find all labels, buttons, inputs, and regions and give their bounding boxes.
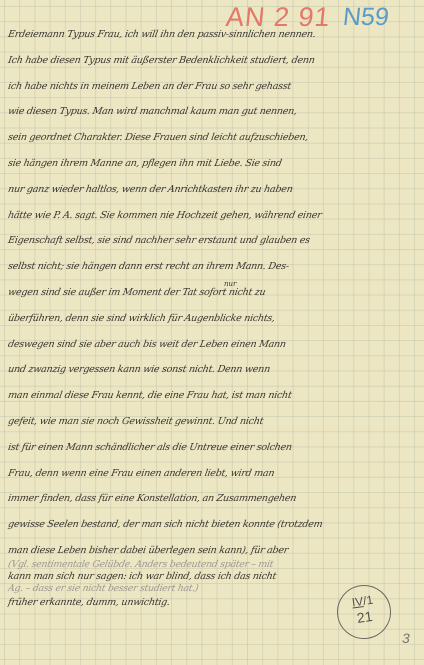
text-line: hätte wie P. A. sagt. Sie kommen nie Hoc… [6,203,423,229]
text-line: wegen sind sie außer im Moment der Tat s… [6,280,423,306]
stamp-fraction: /1 [362,593,374,608]
text-line: selbst nicht; sie hängen dann erst recht… [6,254,423,280]
text-line: sein geordnet Charakter. Diese Frauen si… [6,125,423,151]
text-line: überführen, denn sie sind wirklich für A… [6,306,423,332]
text-line: deswegen sind sie aber auch bis weit der… [6,332,423,358]
text-line: Ich habe diesen Typus mit äußerster Bede… [6,48,423,74]
text-line: ist für einen Mann schändlicher als die … [6,435,423,461]
page-number: 3 [402,630,410,646]
text-line: wie diesen Typus. Man wird manchmal kaum… [6,99,423,125]
text-line: gewisse Seelen bestand, der man sich nic… [6,512,423,538]
text-line: Eigenschaft selbst, sie sind nachher seh… [6,228,423,254]
handwritten-body: Erdeiemann Typus Frau, ich will ihn den … [8,22,420,615]
text-line: immer finden, dass für eine Konstellatio… [6,486,423,512]
text-line: Frau, denn wenn eine Frau einen anderen … [6,461,423,487]
text-line: nur ganz wieder haltlos, wenn der Anrich… [6,177,423,203]
interlinear-insertion: nur [224,280,236,288]
text-line: ich habe nichts in meinem Leben an der F… [6,74,423,100]
text-line: und zwanzig vergessen kann wie sonst nic… [6,357,423,383]
text-line: gefeit, wie man sie noch Gewissheit gewi… [6,409,423,435]
text-line: man einmal diese Frau kennt, die eine Fr… [6,383,423,409]
text-line: sie hängen ihrem Manne an, pflegen ihn m… [6,151,423,177]
text-line: Erdeiemann Typus Frau, ich will ihn den … [6,22,423,48]
manuscript-page: AN 2 91 N59 Erdeiemann Typus Frau, ich w… [0,0,424,665]
pencil-line: (Vgl. sentimentale Gelübde. Anders bedeu… [6,553,420,577]
